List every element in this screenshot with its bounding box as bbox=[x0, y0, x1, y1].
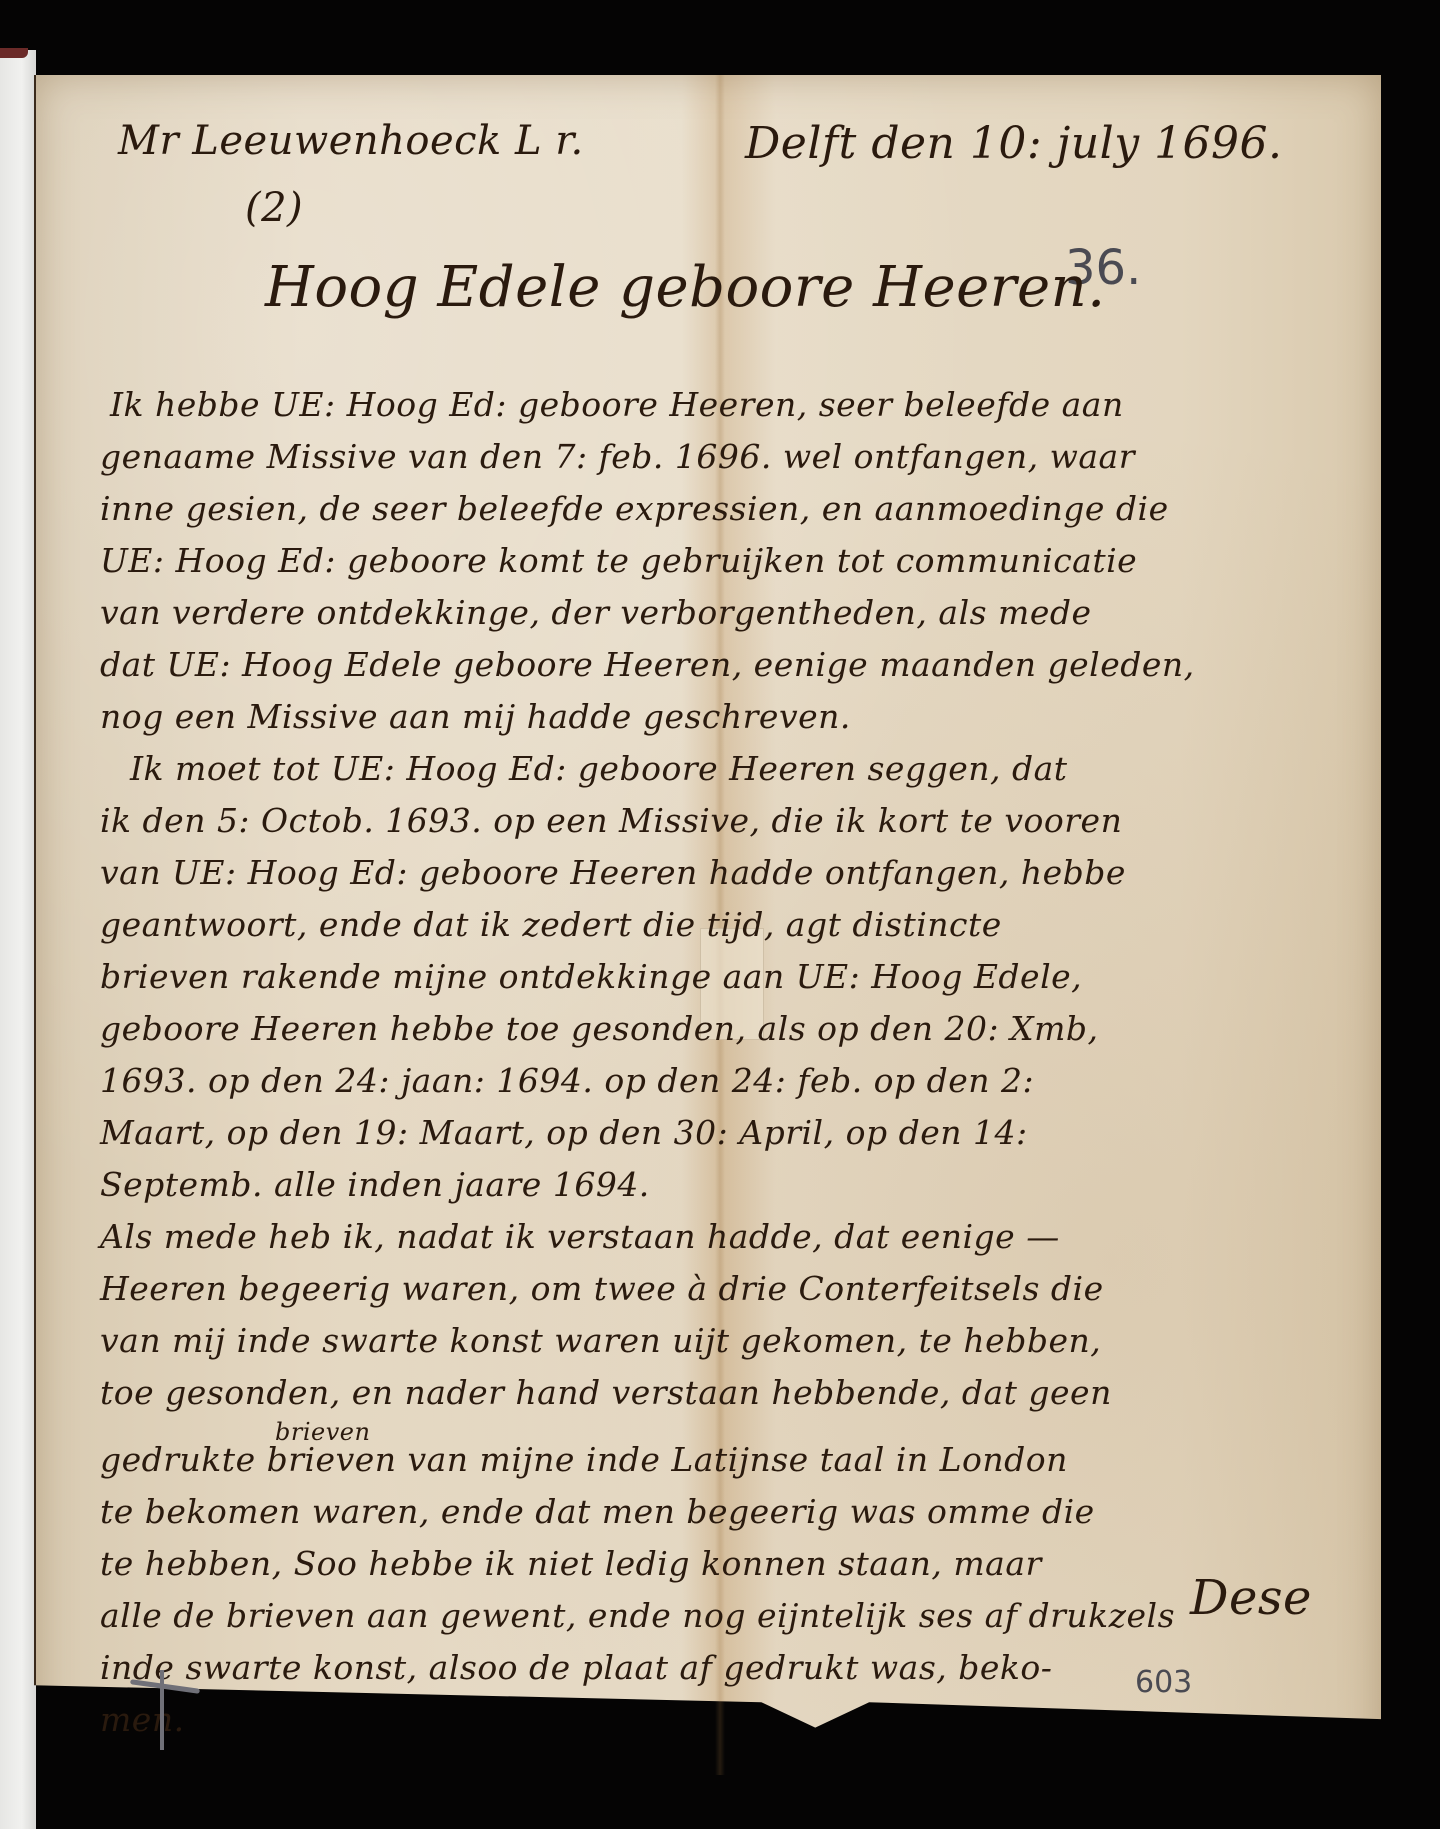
header-left-note: Mr Leeuwenhoeck L r. bbox=[118, 118, 584, 164]
letter-line: Ik hebbe UE: Hoog Ed: geboore Heeren, se… bbox=[110, 385, 1124, 424]
letter-line: van mij inde swarte konst waren uijt gek… bbox=[100, 1321, 1101, 1360]
letter-line: nog een Missive aan mij hadde geschreven… bbox=[100, 697, 851, 736]
letter-line: Maart, op den 19: Maart, op den 30: Apri… bbox=[100, 1113, 1028, 1152]
letter-line: gedrukte brieven van mijne inde Latijnse… bbox=[100, 1440, 1068, 1479]
letter-line: inde swarte konst, alsoo de plaat af ged… bbox=[100, 1648, 1052, 1687]
letter-line: van UE: Hoog Ed: geboore Heeren hadde on… bbox=[100, 853, 1126, 892]
letter-line: Als mede heb ik, nadat ik verstaan hadde… bbox=[100, 1217, 1060, 1256]
letter-line: alle de brieven aan gewent, ende nog eij… bbox=[100, 1596, 1175, 1635]
margin-cross-mark bbox=[160, 1670, 164, 1750]
binding-ribbon bbox=[0, 48, 28, 58]
letter-line: inne gesien, de seer beleefde expressien… bbox=[100, 489, 1169, 528]
catchword: Dese bbox=[1190, 1570, 1312, 1626]
letter-line: Ik moet tot UE: Hoog Ed: geboore Heeren … bbox=[130, 749, 1068, 788]
letter-line: genaame Missive van den 7: feb. 1696. we… bbox=[100, 437, 1135, 476]
letter-line: brieven rakende mijne ontdekkinge aan UE… bbox=[100, 957, 1082, 996]
folio-number: (2) bbox=[245, 185, 303, 231]
letter-line: 1693. op den 24: jaan: 1694. op den 24: … bbox=[100, 1061, 1034, 1100]
letter-line: Septemb. alle inden jaare 1694. bbox=[100, 1165, 650, 1204]
pencil-mark-bottom: 603 bbox=[1135, 1665, 1192, 1700]
letter-line: te hebben, Soo hebbe ik niet ledig konne… bbox=[100, 1544, 1042, 1583]
letter-line: dat UE: Hoog Edele geboore Heeren, eenig… bbox=[100, 645, 1195, 684]
letter-line: van verdere ontdekkinge, der verborgenth… bbox=[100, 593, 1092, 632]
letter-line: ik den 5: Octob. 1693. op een Missive, d… bbox=[100, 801, 1122, 840]
letter-line: men. bbox=[100, 1700, 185, 1739]
binding-strip bbox=[0, 50, 36, 1829]
salutation: Hoog Edele geboore Heeren. bbox=[265, 255, 1106, 320]
letter-line: geboore Heeren hebbe toe gesonden, als o… bbox=[100, 1009, 1099, 1048]
letter-line: geantwoort, ende dat ik zedert die tijd,… bbox=[100, 905, 1002, 944]
place-date: Delft den 10: july 1696. bbox=[745, 118, 1283, 169]
letter-line: Heeren begeerig waren, om twee à drie Co… bbox=[100, 1269, 1104, 1308]
letter-line: toe gesonden, en nader hand verstaan heb… bbox=[100, 1373, 1112, 1412]
letter-line: UE: Hoog Ed: geboore komt te gebruijken … bbox=[100, 541, 1137, 580]
letter-line: te bekomen waren, ende dat men begeerig … bbox=[100, 1492, 1095, 1531]
